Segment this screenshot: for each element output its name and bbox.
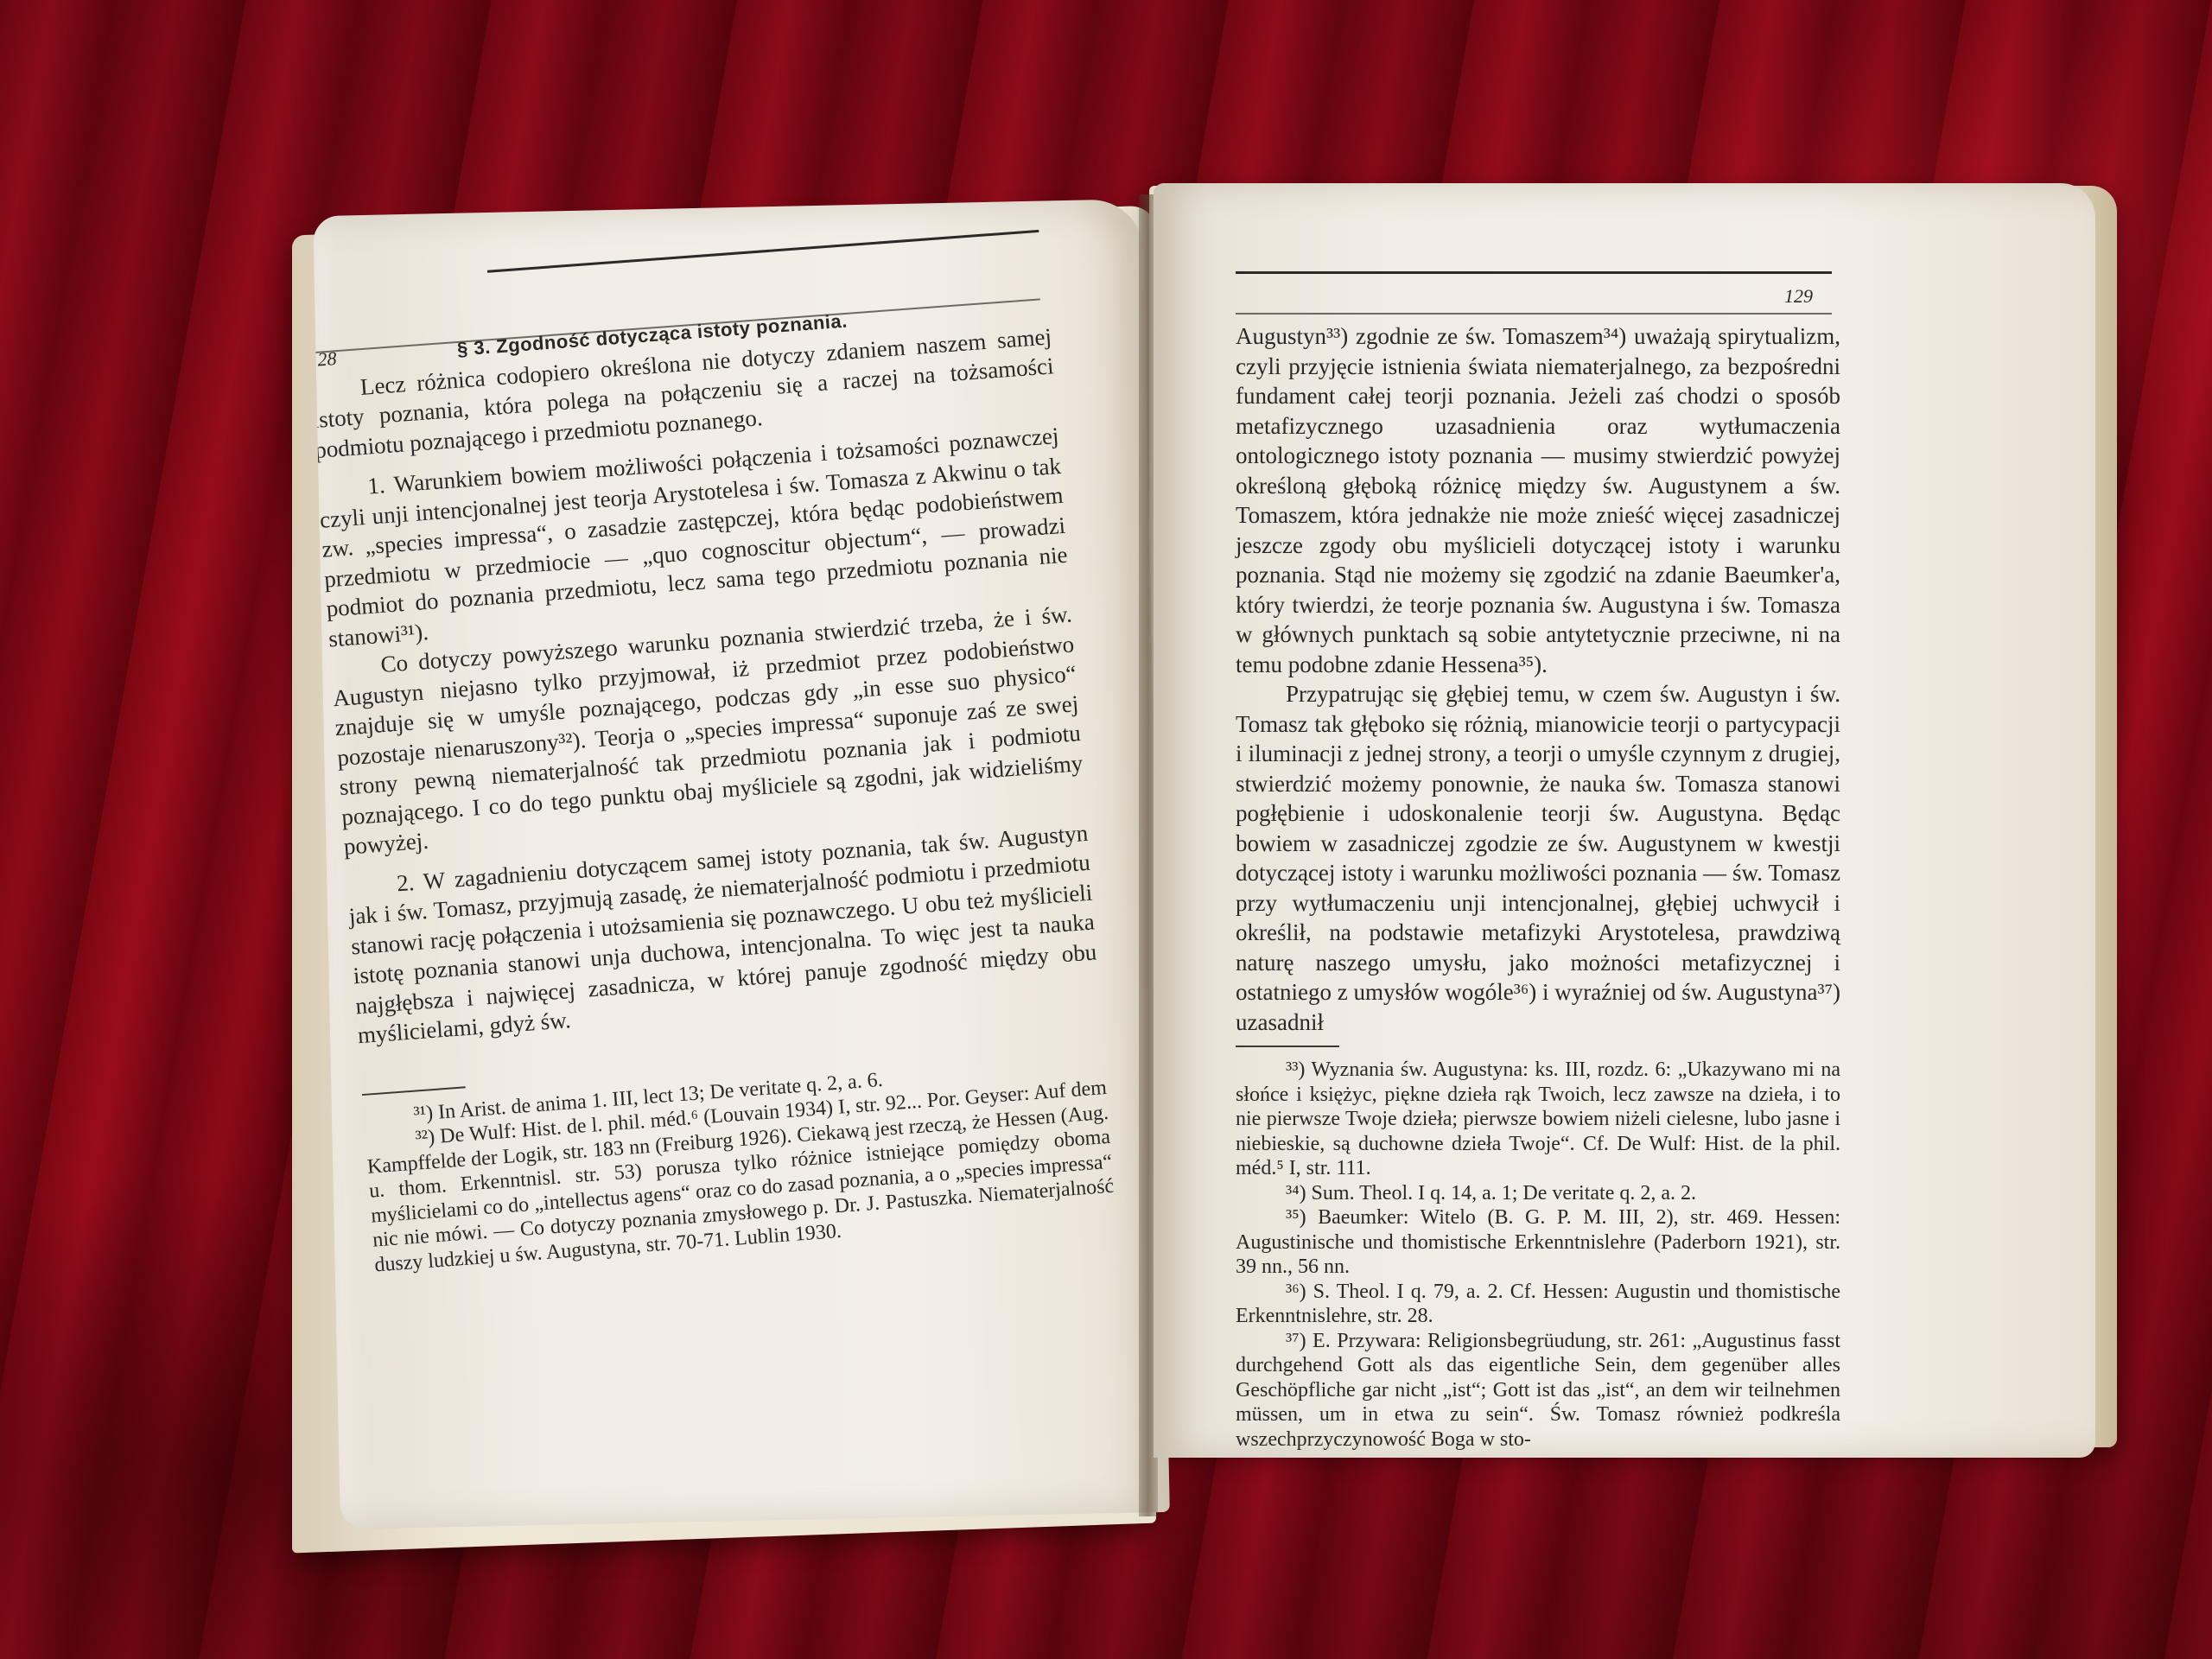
page-number: 129 xyxy=(1784,285,1813,308)
left-page: 128 § 3. Zgodność dotycząca istoty pozna… xyxy=(313,199,1170,1529)
open-book: 128 § 3. Zgodność dotycząca istoty pozna… xyxy=(0,0,2212,1659)
footnote-divider xyxy=(1236,1046,1339,1047)
page-number: 128 xyxy=(313,344,338,376)
footnote: ³⁴) Sum. Theol. I q. 14, a. 1; De verita… xyxy=(1236,1181,1840,1206)
footnote: ³⁶) S. Theol. I q. 79, a. 2. Cf. Hessen:… xyxy=(1236,1280,1840,1329)
footnote: ³⁵) Baeumker: Witelo (B. G. P. M. III, 2… xyxy=(1236,1205,1840,1280)
header-rule-bottom xyxy=(1236,313,1832,315)
signature-line: Św. Tomasz a czasy obecne. xyxy=(1236,1457,1422,1458)
left-page-body: 128 § 3. Zgodność dotycząca istoty pozna… xyxy=(313,291,1116,1277)
right-page-body: Augustyn³³) zgodnie ze św. Tomaszem³⁴) u… xyxy=(1236,321,1840,1458)
header-rule-top xyxy=(1236,271,1832,274)
header-rule-top xyxy=(487,230,1039,273)
footnote-divider xyxy=(362,1086,466,1096)
footnote: ³⁷) E. Przywara: Religionsbegrüudung, st… xyxy=(1236,1329,1840,1452)
right-page: 129 Augustyn³³) zgodnie ze św. Tomaszem³… xyxy=(1154,183,2095,1458)
paragraph: Przypatrując się głębiej temu, w czem św… xyxy=(1236,679,1840,1037)
footnote: ³³) Wyznania św. Augustyna: ks. III, roz… xyxy=(1236,1058,1840,1181)
paragraph: Augustyn³³) zgodnie ze św. Tomaszem³⁴) u… xyxy=(1236,321,1840,679)
